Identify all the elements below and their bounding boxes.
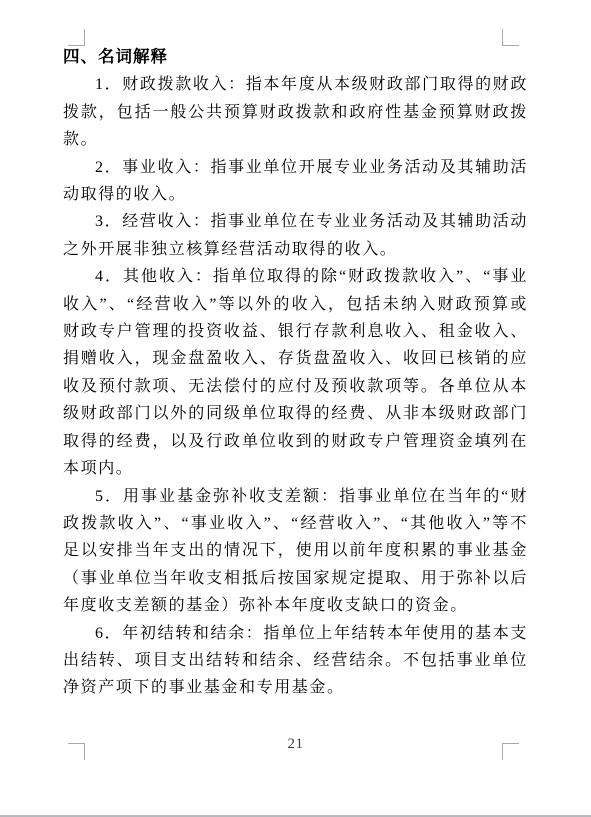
page-number: 21 [0, 736, 591, 753]
paragraph-definition-5: 5．用事业基金弥补收支差额：指事业单位在当年的“财政拨款收入”、“事业收入”、“… [63, 483, 528, 620]
paragraph-definition-6: 6．年初结转和结余：指单位上年结转本年使用的基本支出结转、项目支出结转和结余、经… [63, 620, 528, 702]
paragraph-definition-3: 3．经营收入：指事业单位在专业业务活动及其辅助活动之外开展非独立核算经营活动取得… [63, 208, 528, 263]
document-body: 四、名词解释 1．财政拨款收入：指本年度从本级财政部门取得的财政拨款，包括一般公… [63, 44, 528, 702]
paragraph-definition-2: 2．事业收入：指事业单位开展专业业务活动及其辅助活动取得的收入。 [63, 154, 528, 209]
document-page: 四、名词解释 1．财政拨款收入：指本年度从本级财政部门取得的财政拨款，包括一般公… [0, 0, 591, 817]
paragraph-definition-1: 1．财政拨款收入：指本年度从本级财政部门取得的财政拨款，包括一般公共预算财政拨款… [63, 71, 528, 153]
section-heading: 四、名词解释 [63, 44, 528, 71]
paragraph-definition-4: 4．其他收入：指单位取得的除“财政拨款收入”、“事业收入”、“经营收入”等以外的… [63, 263, 528, 482]
